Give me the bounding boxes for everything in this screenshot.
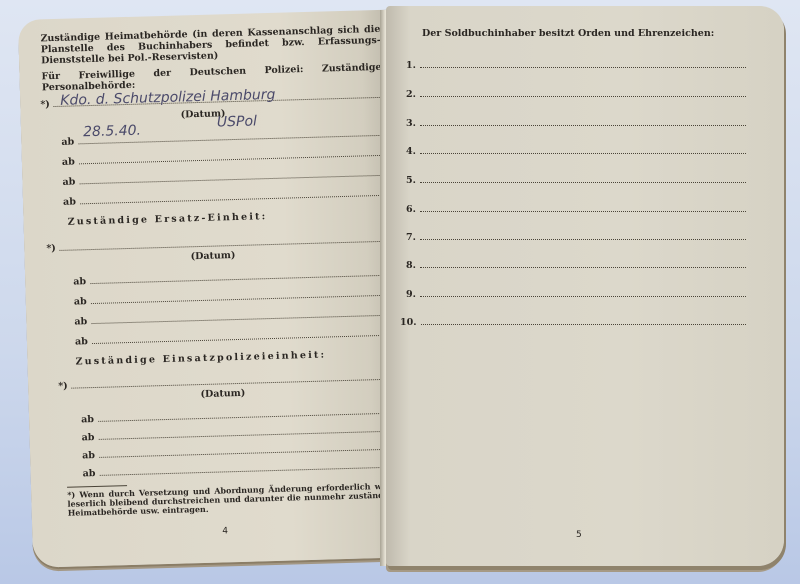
right-page: Der Soldbuchinhaber besitzt Orden und Eh… bbox=[386, 6, 784, 566]
ab-row[interactable]: ab bbox=[74, 308, 388, 328]
datum-label: (Datum) bbox=[200, 388, 245, 400]
heimatbehoerde-heading: Zuständige Heimatbehörde (in deren Kasse… bbox=[40, 24, 381, 66]
ab-row[interactable]: ab bbox=[62, 168, 382, 188]
ersatz-einheit-title: Zuständige Ersatz-Einheit: bbox=[68, 211, 268, 228]
ab-row[interactable]: ab bbox=[82, 442, 394, 462]
orden-item[interactable]: 2. bbox=[406, 89, 746, 100]
orden-item[interactable]: 4. bbox=[406, 146, 746, 157]
page-number: 4 bbox=[222, 526, 228, 536]
page-number: 5 bbox=[576, 530, 582, 540]
orden-item[interactable]: 9. bbox=[406, 289, 746, 300]
orden-item[interactable]: 1. bbox=[406, 60, 746, 71]
ab-row[interactable]: ab bbox=[73, 268, 387, 288]
ab-row[interactable]: ab bbox=[83, 460, 395, 480]
orden-item[interactable]: 5. bbox=[406, 175, 746, 186]
ab-row[interactable]: ab bbox=[81, 406, 393, 426]
footnote: *) Wenn durch Versetzung und Abordnung Ä… bbox=[67, 482, 398, 518]
orden-item[interactable]: 6. bbox=[406, 204, 746, 215]
ab-row[interactable]: ab bbox=[62, 148, 382, 168]
orden-item[interactable]: 8. bbox=[406, 260, 746, 271]
datum-label: (Datum) bbox=[191, 250, 236, 262]
handwritten-note: USPol bbox=[217, 113, 257, 130]
left-page: Zuständige Heimatbehörde (in deren Kasse… bbox=[18, 10, 405, 568]
orden-title: Der Soldbuchinhaber besitzt Orden und Eh… bbox=[422, 28, 714, 39]
orden-item[interactable]: 7. bbox=[406, 232, 746, 243]
orden-item[interactable]: 10. bbox=[400, 317, 746, 328]
einsatzpolizeieinheit-title: Zuständige Einsatzpolizeieinheit: bbox=[75, 350, 326, 368]
ab-row[interactable]: ab bbox=[74, 288, 388, 308]
ab-row[interactable]: ab bbox=[63, 188, 383, 208]
ab-row[interactable]: ab bbox=[75, 328, 389, 348]
orden-item[interactable]: 3. bbox=[406, 118, 746, 129]
ab-row[interactable]: ab bbox=[82, 424, 394, 444]
handwritten-date: 28.5.40. bbox=[83, 123, 141, 141]
